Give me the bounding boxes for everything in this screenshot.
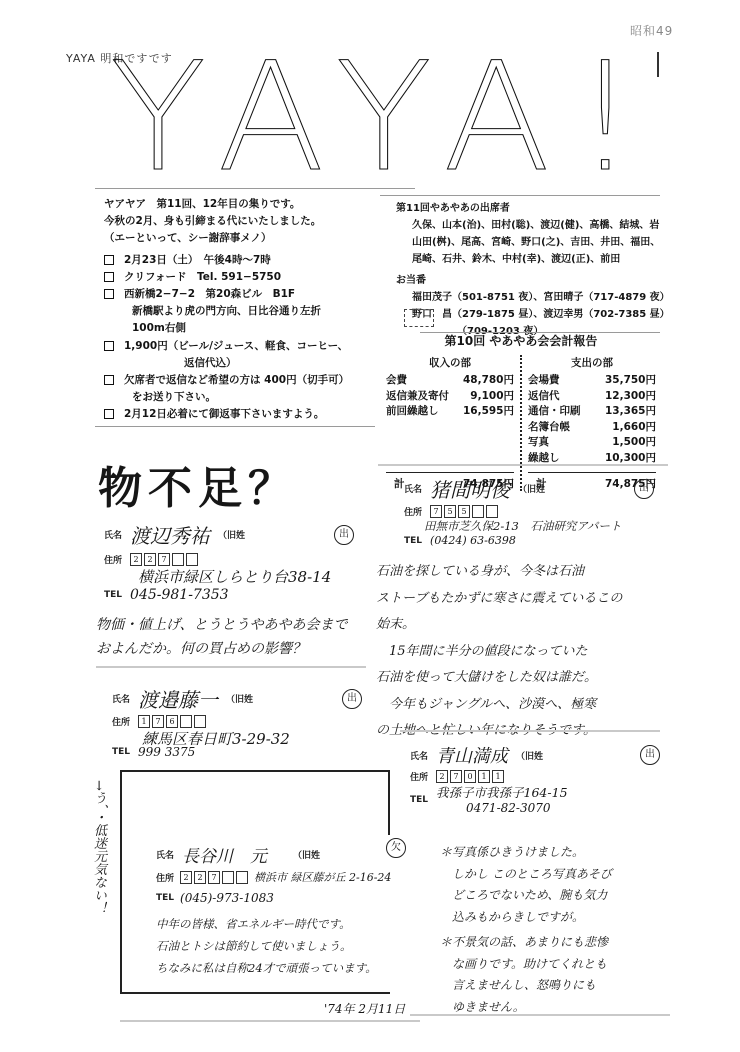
- sender-name: 青山満成: [436, 742, 508, 768]
- headline: 物不足？: [98, 452, 298, 516]
- income-header: 収入の部: [386, 355, 514, 370]
- checkbox-icon: [104, 409, 114, 419]
- zip-boxes: 227: [130, 553, 198, 566]
- frame-edge: [388, 770, 390, 835]
- checkbox-icon: [104, 272, 114, 282]
- reply-card-aoyama: 氏名青山満成（旧姓出 住所27011 TEL我孫子市我孫子164-150471-…: [410, 742, 660, 815]
- margin-note: →う、・低迷元気ない！: [88, 780, 108, 914]
- attend-stamp-icon: 出: [342, 689, 362, 709]
- directions-line: 新橋駅より虎の門方向、日比谷通り左折: [104, 303, 384, 320]
- sender-tel: 045-981-7353: [130, 587, 229, 603]
- attend-stamp-icon: 出: [634, 479, 654, 499]
- sender-address: 我孫子市我孫子164-15: [436, 783, 568, 801]
- intro-line: （エーといって、シー謝辞事メノ）: [104, 230, 384, 247]
- absent-stamp-icon: 欠: [386, 838, 406, 858]
- card-divider: [120, 1020, 420, 1022]
- zip-boxes: 176: [138, 715, 206, 728]
- intro-line: 今秋の2月、身も引締まる代にいたしました。: [104, 213, 384, 230]
- directions-line: 100m右側: [104, 320, 384, 337]
- intro-line: ヤアヤア 第11回、12年目の集りです。: [104, 196, 384, 213]
- checkbox-icon: [104, 375, 114, 385]
- card-divider: [96, 666, 366, 668]
- sender-address: 横浜市 緑区藤が丘 2-16-24: [254, 869, 391, 885]
- expense-header: 支出の部: [528, 355, 656, 370]
- reply-card-watanabe: 氏名渡辺秀祐（旧姓出 住所227 横浜市緑区しらとり台38-14 TEL045-…: [104, 520, 354, 661]
- attendees-title: 第11回やあやあの出席者: [396, 200, 666, 217]
- item-date: 2月23日（土） 午後4時〜7時: [104, 252, 384, 269]
- organizers-title: お当番: [396, 272, 666, 289]
- expense-row: 通信・印刷13,365円: [528, 404, 656, 420]
- checkbox-icon: [104, 255, 114, 265]
- card-divider: [410, 1014, 670, 1016]
- attendees-top-divider: [380, 195, 660, 196]
- reply-card-inoma: 氏名猪間明俊（旧姓出 住所755 田無市芝久保2-13 石油研究アパート TEL…: [404, 474, 654, 745]
- checkbox-icon: [104, 289, 114, 299]
- item-venue: クリフォード Tel. 591−5750: [104, 269, 384, 286]
- sender-tel: (045)-973-1083: [180, 891, 274, 905]
- attendee-names: 山田(桝)、尾高、宮崎、野口(之)、吉田、井田、福田、: [396, 234, 666, 251]
- dashed-box: [404, 309, 434, 327]
- income-row: 返信兼及寄付9,100円: [386, 389, 514, 405]
- newsletter-title: YAYA!: [110, 48, 660, 188]
- expense-column: 支出の部 会場費35,750円 返信代12,300円 通信・印刷13,365円 …: [522, 355, 662, 491]
- absentee-note: をお送り下さい。: [104, 389, 384, 406]
- expense-row: 返信代12,300円: [528, 389, 656, 405]
- item-rsvp: 2月12日必着にて御返事下さいますよう。: [104, 406, 384, 423]
- sender-name: 猪間明俊: [430, 474, 510, 503]
- income-row: 会費48,780円: [386, 373, 514, 389]
- sender-tel: (0424) 63-6398: [430, 534, 516, 547]
- postmark-date: '74年 2月11日: [324, 1000, 405, 1017]
- item-fee: 1,900円（ビール/ジュース、軽食、コーヒー、: [104, 338, 384, 355]
- expense-row: 名簿台帳1,660円: [528, 420, 656, 436]
- organizer-line: 福田茂子（501-8751 夜）、宮田晴子（717-4879 夜）: [396, 289, 666, 306]
- income-row: 前回繰越し16,595円: [386, 404, 514, 420]
- message-aoyama: ＊写真係ひきうけました。 しかし このところ写真あそび どころでないため、腕も気…: [440, 842, 670, 1018]
- attendees-list: 第11回やあやあの出席者 久保、山本(治)、田村(聡)、渡辺(健)、高橋、結城、…: [396, 200, 666, 340]
- income-column: 収入の部 会費48,780円 返信兼及寄付9,100円 前回繰越し16,595円…: [380, 355, 522, 491]
- meeting-announcement: ヤアヤア 第11回、12年目の集りです。 今秋の2月、身も引締まる代にいたしまし…: [104, 196, 384, 424]
- card-divider: [400, 730, 660, 732]
- sender-name: 渡邉藤一: [138, 684, 218, 713]
- zip-boxes: 755: [430, 505, 498, 518]
- sender-address: 田無市芝久保2-13 石油研究アパート: [404, 518, 654, 534]
- sender-tel: 0471-82-3070: [436, 801, 568, 815]
- sender-name: 渡辺秀祐: [130, 520, 210, 549]
- fee-note: 返信代込）: [104, 355, 384, 372]
- sender-name: 長谷川 元: [182, 842, 267, 867]
- accounts-report: 第10回 やあやあ会会計報告 収入の部 会費48,780円 返信兼及寄付9,10…: [380, 332, 662, 491]
- zip-boxes: 227: [180, 871, 248, 884]
- attendee-names: 久保、山本(治)、田村(聡)、渡辺(健)、高橋、結城、岩: [396, 217, 666, 234]
- zip-boxes: 27011: [436, 770, 504, 783]
- announce-divider: [95, 426, 375, 427]
- attend-stamp-icon: 出: [334, 525, 354, 545]
- attend-stamp-icon: 出: [640, 745, 660, 765]
- reply-card-hasegawa: 氏名長谷川 元（旧姓欠 住所227横浜市 緑区藤が丘 2-16-24 TEL(0…: [156, 842, 406, 979]
- accounts-title: 第10回 やあやあ会会計報告: [380, 332, 662, 349]
- attendee-names: 尾崎、石井、鈴木、中村(幸)、渡辺(正)、前田: [396, 251, 666, 268]
- message: 中年の皆様、省エネルギー時代です。石油とトシは節約して使いましょう。ちなみに私は…: [156, 913, 406, 979]
- checkbox-icon: [104, 341, 114, 351]
- message: 石油を探している身が、今冬は石油ストーブもたかずに寒さに震えているこの始末。 1…: [376, 559, 666, 745]
- organizer-line: 野口 昌（279-1875 昼）、渡辺幸男（702-7385 昼）: [396, 306, 666, 323]
- expense-row: 会場費35,750円: [528, 373, 656, 389]
- accounts-divider: [378, 464, 668, 466]
- message: 物価・値上げ、とうとうやあやあ会までおよんだか。何の買占めの影響？: [96, 613, 354, 661]
- sender-address: 横浜市緑区しらとり台38-14: [104, 566, 354, 587]
- reply-card-watanabe-toichi: 氏名渡邉藤一（旧姓出 住所176 練馬区春日町3-29-32 TEL999 33…: [112, 684, 362, 759]
- header-divider: [95, 188, 415, 189]
- sender-tel: 999 3375: [138, 745, 195, 759]
- item-absentee: 欠席者で返信など希望の方は 400円（切手可）: [104, 372, 384, 389]
- expense-row: 写真1,500円: [528, 435, 656, 451]
- item-address: 西新橋2−7−2 第20森ビル B1F: [104, 286, 384, 303]
